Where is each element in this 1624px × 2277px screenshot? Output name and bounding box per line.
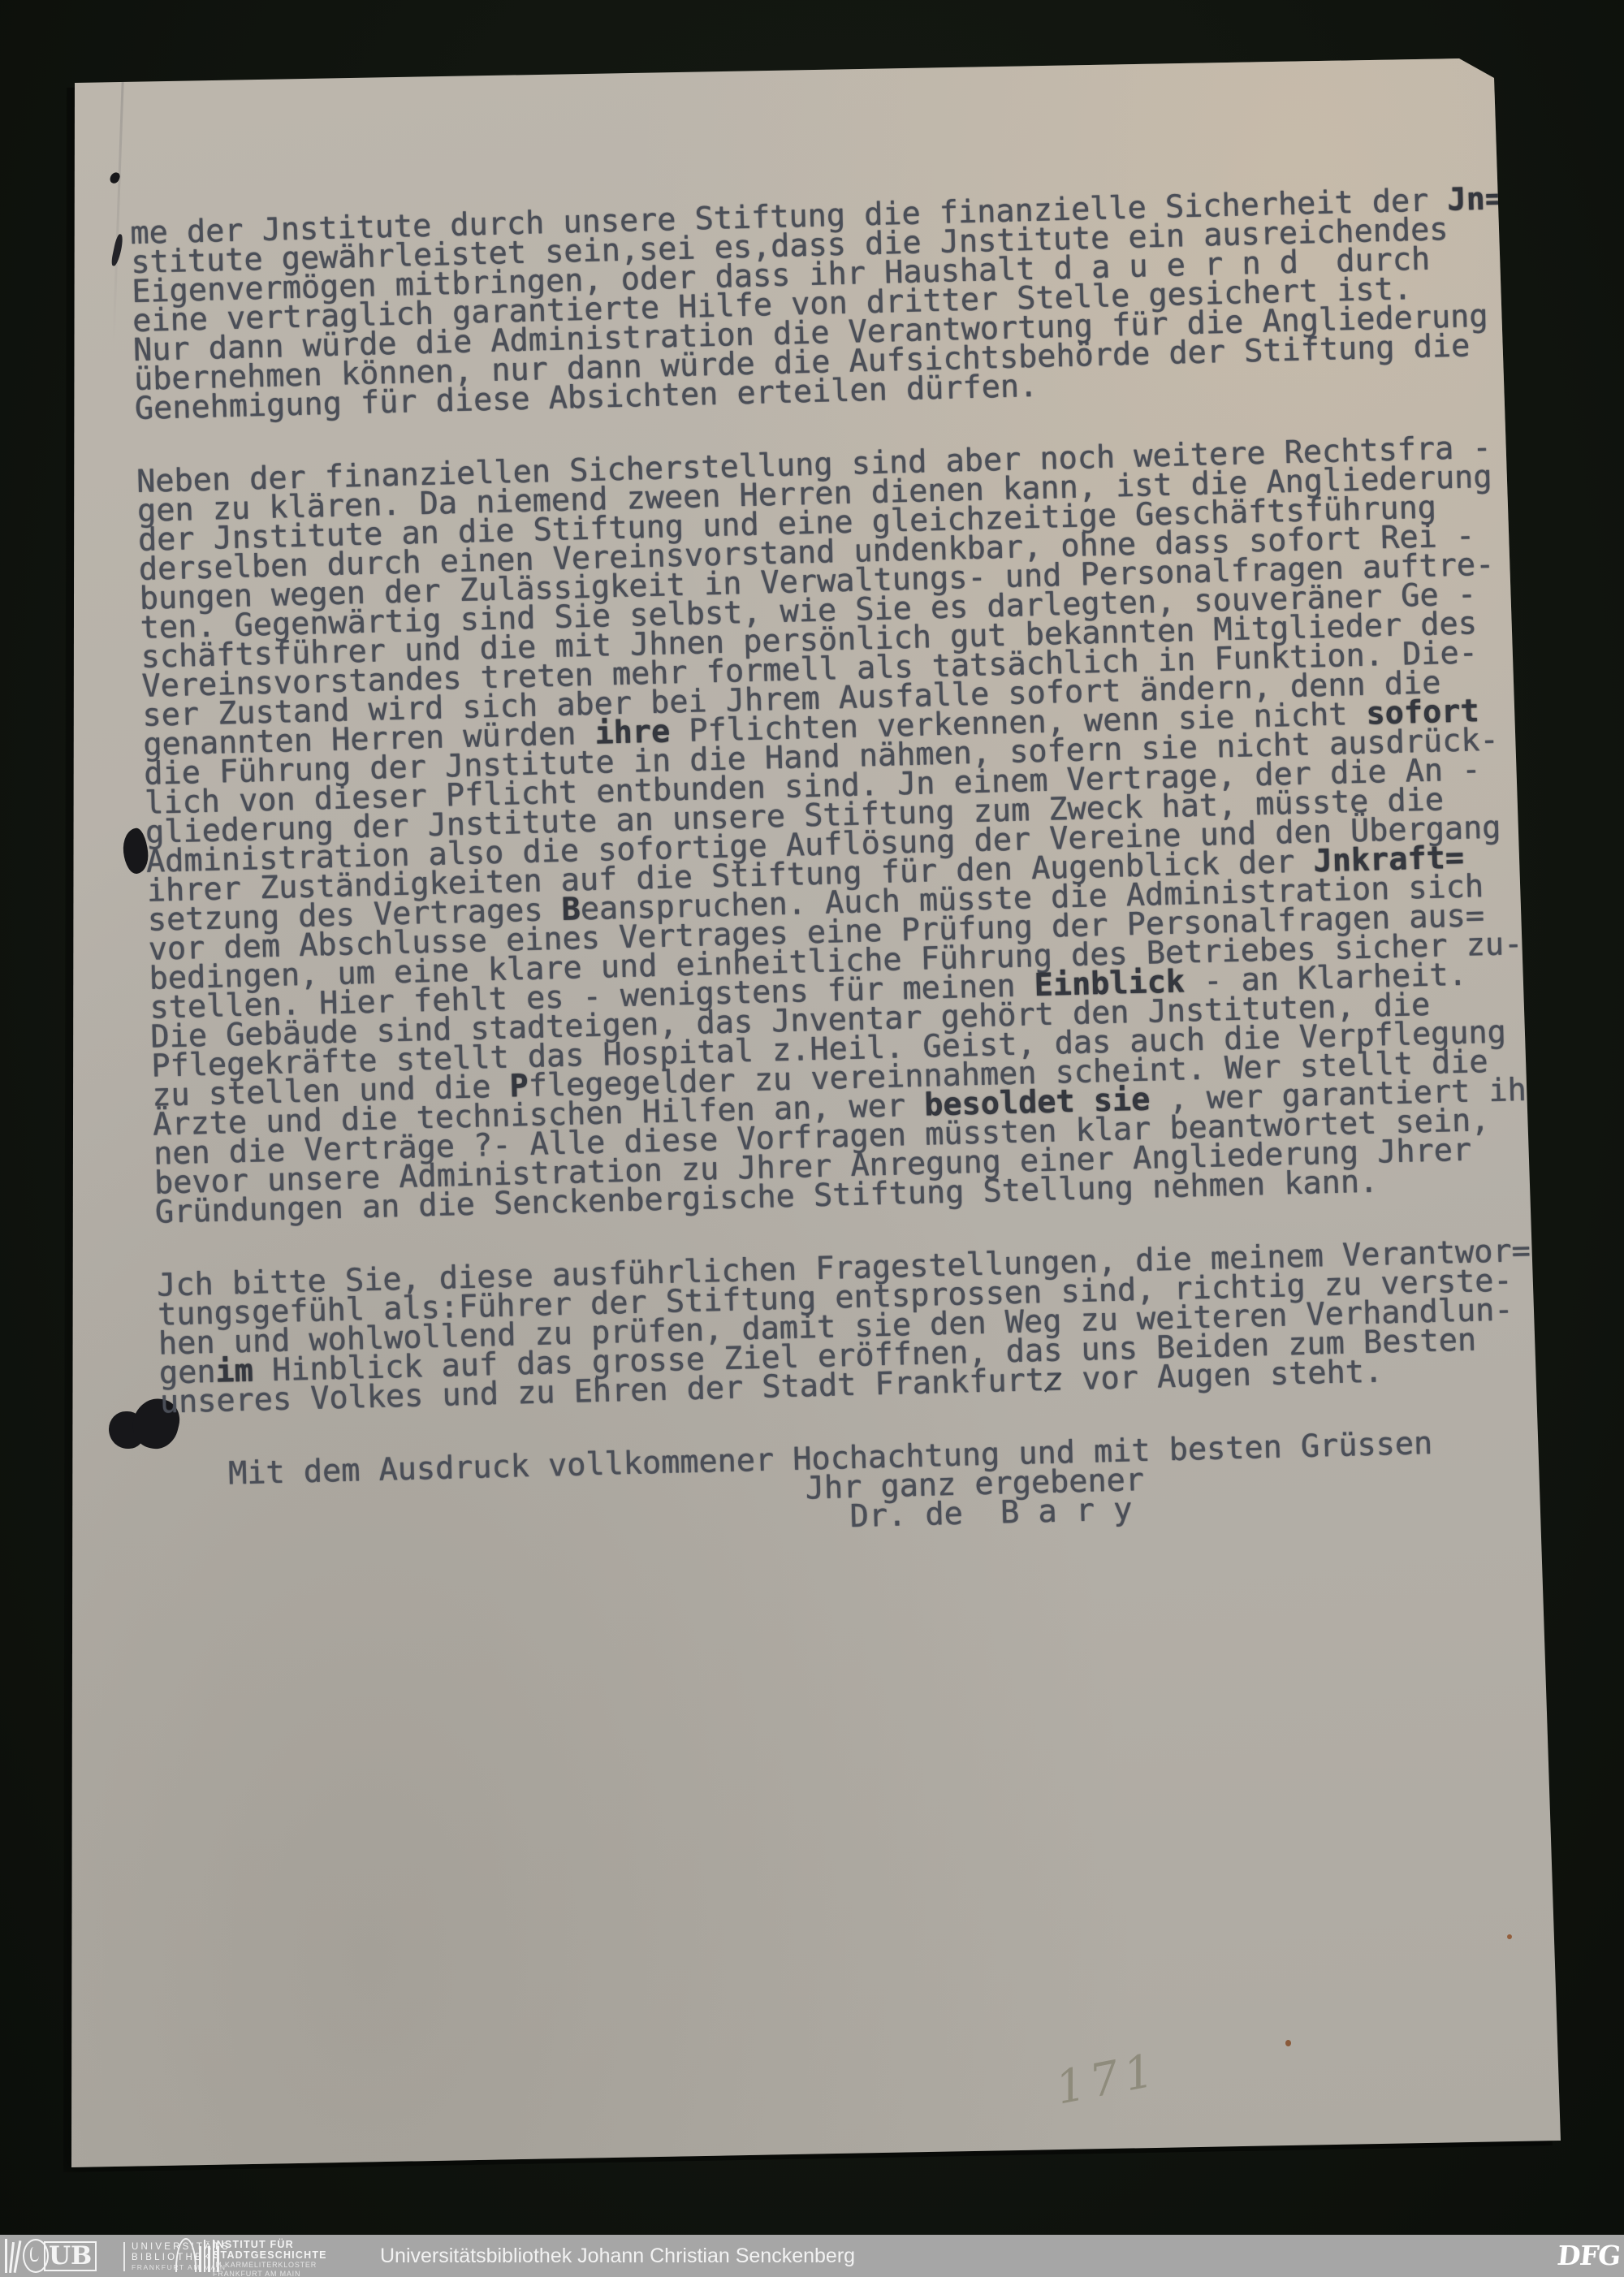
ub-abbreviation: UB xyxy=(44,2241,97,2271)
paper-crease xyxy=(112,80,124,348)
footer-bar: UB UNIVERSITÄTS BIBLIOTHEK FRANKFURT AM … xyxy=(0,2235,1624,2277)
logo-divider xyxy=(123,2242,125,2271)
typewritten-letter: me der Jnstitute durch unsere Stiftung d… xyxy=(130,183,1599,1549)
document-page: me der Jnstitute durch unsere Stiftung d… xyxy=(71,57,1567,2170)
ub-logo-icon: UB xyxy=(5,2238,97,2274)
paper-speck xyxy=(1507,1934,1512,1939)
scan-viewer-page: { "document": { "page_number_handwritten… xyxy=(0,0,1624,2277)
paper-speck xyxy=(1285,2040,1291,2046)
dfg-logo: DFG xyxy=(1556,2240,1622,2271)
isg-line-2: STADTGESCHICHTE xyxy=(213,2250,327,2261)
books-icon xyxy=(5,2239,19,2273)
isg-line-3: IM KARMELITERKLOSTER xyxy=(213,2261,327,2270)
handwritten-page-number: 171 xyxy=(1052,2043,1164,2115)
isg-line-4: FRANKFURT AM MAIN xyxy=(213,2270,327,2277)
ink-blob xyxy=(110,234,124,267)
stadtgeschichte-label: INSTITUT FÜR STADTGESCHICHTE IM KARMELIT… xyxy=(213,2240,327,2277)
library-name-label: Universitätsbibliothek Johann Christian … xyxy=(380,2245,855,2268)
goethe-portrait-icon xyxy=(23,2239,49,2273)
